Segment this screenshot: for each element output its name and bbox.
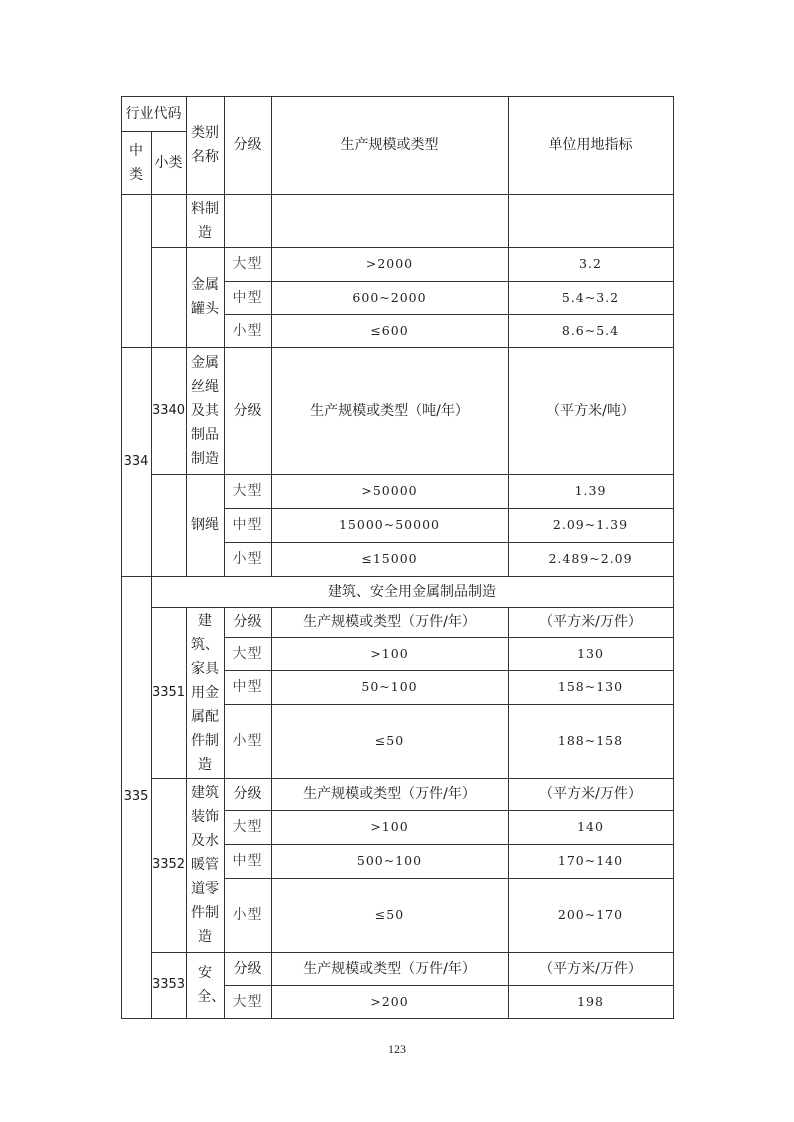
rope-grade-medium: 中型	[224, 508, 271, 542]
cans-index-small: 8.6~5.4	[508, 314, 673, 347]
grade-label: 大型	[233, 252, 263, 276]
mid-code-label: 335	[124, 785, 149, 809]
sub-code-3351: 3351	[151, 607, 186, 778]
table-border-right	[673, 96, 674, 1019]
index-value: 2.09~1.39	[553, 513, 628, 537]
grade-label: 中型	[233, 849, 263, 873]
land-use-index-table: 行业代码 中类 小类 类别名称 分级 生产规模或类型 单位用地指标 料制造 金属…	[0, 0, 794, 1122]
continuation-category-label: 料制造	[190, 197, 221, 245]
scale-value: >200	[370, 990, 408, 1014]
sub-code-label: 3351	[152, 681, 185, 705]
index-value: 188~158	[558, 729, 623, 753]
page-number: 123	[0, 1042, 794, 1057]
rope-index-medium: 2.09~1.39	[508, 508, 673, 542]
cans-index-large: 3.2	[508, 247, 673, 281]
header-industry-code: 行业代码	[121, 96, 186, 131]
category-3353: 安全、	[186, 952, 224, 1018]
scale-value: ≤50	[375, 903, 404, 927]
scale-value: ≤15000	[361, 547, 417, 571]
scale-header-label: 生产规模或类型（万件/年）	[303, 782, 476, 806]
section-title-label: 建筑、安全用金属制品制造	[328, 580, 496, 604]
scale-value: 500~100	[357, 849, 422, 873]
cans-category-label: 金属罐头	[190, 273, 221, 321]
mid-code-335: 335	[121, 576, 151, 1018]
sub-code-3340: 3340	[151, 347, 186, 474]
rope-scale-medium: 15000~50000	[271, 508, 508, 542]
mid-code-label: 334	[124, 450, 149, 474]
category-label: 金属丝绳及其制品制造	[190, 351, 221, 471]
3351-scale-large: >100	[271, 637, 508, 670]
grade-label: 小型	[233, 319, 263, 343]
header-land-index-label: 单位用地指标	[549, 133, 633, 157]
3352-grade-medium: 中型	[224, 844, 271, 878]
scale-header-3351: 生产规模或类型（万件/年）	[271, 607, 508, 637]
scale-value: 15000~50000	[339, 513, 440, 537]
grade-header-label: 分级	[234, 957, 262, 981]
mid-code-334: 334	[121, 347, 151, 576]
index-value: 2.489~2.09	[548, 547, 632, 571]
3351-scale-medium: 50~100	[271, 670, 508, 704]
scale-value: >50000	[361, 479, 417, 503]
header-grade-label: 分级	[234, 133, 262, 157]
rope-index-small: 2.489~2.09	[508, 542, 673, 576]
scale-value: >100	[370, 815, 408, 839]
3351-grade-large: 大型	[224, 637, 271, 670]
section-title-335: 建筑、安全用金属制品制造	[151, 576, 673, 607]
grade-label: 小型	[233, 903, 263, 927]
unit-header-label: （平方米/万件）	[539, 957, 642, 981]
header-industry-code-label: 行业代码	[126, 102, 182, 126]
unit-header-3351: （平方米/万件）	[508, 607, 673, 637]
scale-header-3353: 生产规模或类型（万件/年）	[271, 952, 508, 985]
rope-grade-large: 大型	[224, 474, 271, 508]
header-land-index: 单位用地指标	[508, 96, 673, 194]
rope-scale-large: >50000	[271, 474, 508, 508]
grade-header-3351: 分级	[224, 607, 271, 637]
header-grade: 分级	[224, 96, 271, 194]
cans-grade-small: 小型	[224, 314, 271, 347]
grade-header-label: 分级	[234, 782, 262, 806]
category-label: 建筑装饰及水暖管道零件制造	[190, 781, 221, 949]
3351-scale-small: ≤50	[271, 704, 508, 778]
index-value: 8.6~5.4	[562, 319, 619, 343]
3353-scale-large: >200	[271, 985, 508, 1018]
grade-header-label: 分级	[234, 610, 262, 634]
category-label: 钢绳	[190, 513, 221, 537]
grade-label: 大型	[233, 479, 263, 503]
index-value: 130	[577, 642, 604, 666]
header-category-name-label: 类别名称	[190, 121, 221, 169]
grade-label: 大型	[233, 990, 263, 1014]
header-mid-class: 中类	[121, 131, 151, 194]
cans-scale-small: ≤600	[271, 314, 508, 347]
grade-header-label: 分级	[234, 399, 262, 423]
grade-label: 中型	[233, 675, 263, 699]
scale-header-3340: 生产规模或类型（吨/年）	[271, 347, 508, 474]
cans-scale-large: >2000	[271, 247, 508, 281]
rope-scale-small: ≤15000	[271, 542, 508, 576]
header-sub-class-label: 小类	[155, 151, 183, 175]
index-value: 3.2	[579, 252, 602, 276]
sub-code-3352: 3352	[151, 778, 186, 952]
sub-code-label: 3352	[152, 853, 185, 877]
cans-index-medium: 5.4~3.2	[508, 281, 673, 314]
3353-index-large: 198	[508, 985, 673, 1018]
unit-header-label: （平方米/万件）	[539, 610, 642, 634]
index-value: 1.39	[575, 479, 607, 503]
scale-value: >2000	[366, 252, 413, 276]
category-3340: 金属丝绳及其制品制造	[186, 347, 224, 474]
3352-scale-small: ≤50	[271, 878, 508, 952]
scale-value: 50~100	[361, 675, 417, 699]
3351-index-medium: 158~130	[508, 670, 673, 704]
unit-header-3353: （平方米/万件）	[508, 952, 673, 985]
category-3352: 建筑装饰及水暖管道零件制造	[186, 778, 224, 952]
header-mid-class-label: 中类	[128, 139, 143, 187]
header-scale-type-label: 生产规模或类型	[341, 133, 439, 157]
category-3351: 建筑、家具用金属配件制造	[186, 607, 224, 778]
unit-header-3340: （平方米/吨）	[508, 347, 673, 474]
index-value: 158~130	[558, 675, 623, 699]
scale-value: 600~2000	[352, 286, 426, 310]
scale-header-label: 生产规模或类型（万件/年）	[303, 957, 476, 981]
3352-scale-large: >100	[271, 810, 508, 844]
rope-index-large: 1.39	[508, 474, 673, 508]
3352-scale-medium: 500~100	[271, 844, 508, 878]
3351-index-large: 130	[508, 637, 673, 670]
category-label: 建筑、家具用金属配件制造	[190, 609, 221, 777]
3352-index-medium: 170~140	[508, 844, 673, 878]
cans-grade-medium: 中型	[224, 281, 271, 314]
grade-label: 大型	[233, 642, 263, 666]
grade-label: 小型	[233, 729, 263, 753]
3352-index-large: 140	[508, 810, 673, 844]
grade-header-3340: 分级	[224, 347, 271, 474]
header-category-name: 类别名称	[186, 96, 224, 194]
grade-header-3353: 分级	[224, 952, 271, 985]
rope-category: 钢绳	[186, 474, 224, 576]
scale-value: >100	[370, 642, 408, 666]
continuation-category: 料制造	[186, 194, 224, 247]
unit-header-label: （平方米/万件）	[539, 782, 642, 806]
scale-header-label: 生产规模或类型（万件/年）	[303, 610, 476, 634]
scale-header-label: 生产规模或类型（吨/年）	[310, 399, 469, 423]
index-value: 5.4~3.2	[562, 286, 619, 310]
3351-grade-small: 小型	[224, 704, 271, 778]
grade-label: 中型	[233, 286, 263, 310]
3352-index-small: 200~170	[508, 878, 673, 952]
index-value: 200~170	[558, 903, 623, 927]
3353-grade-large: 大型	[224, 985, 271, 1018]
rope-grade-small: 小型	[224, 542, 271, 576]
header-sub-class: 小类	[151, 131, 186, 194]
grade-label: 大型	[233, 815, 263, 839]
3352-grade-small: 小型	[224, 878, 271, 952]
3351-grade-medium: 中型	[224, 670, 271, 704]
table-border-bottom	[121, 1018, 674, 1019]
index-value: 140	[577, 815, 604, 839]
grade-label: 中型	[233, 513, 263, 537]
header-scale-type: 生产规模或类型	[271, 96, 508, 194]
grade-label: 小型	[233, 547, 263, 571]
grade-header-3352: 分级	[224, 778, 271, 810]
sub-code-label: 3340	[152, 399, 185, 423]
cans-grade-large: 大型	[224, 247, 271, 281]
3352-grade-large: 大型	[224, 810, 271, 844]
sub-code-label: 3353	[152, 973, 185, 997]
cans-scale-medium: 600~2000	[271, 281, 508, 314]
index-value: 170~140	[558, 849, 623, 873]
sub-code-3353: 3353	[151, 952, 186, 1018]
scale-value: ≤50	[375, 729, 404, 753]
scale-header-3352: 生产规模或类型（万件/年）	[271, 778, 508, 810]
index-value: 198	[577, 990, 604, 1014]
category-label: 安全、	[197, 961, 212, 1009]
3351-index-small: 188~158	[508, 704, 673, 778]
scale-value: ≤600	[370, 319, 408, 343]
unit-header-3352: （平方米/万件）	[508, 778, 673, 810]
cans-category: 金属罐头	[186, 247, 224, 347]
unit-header-label: （平方米/吨）	[546, 399, 635, 423]
